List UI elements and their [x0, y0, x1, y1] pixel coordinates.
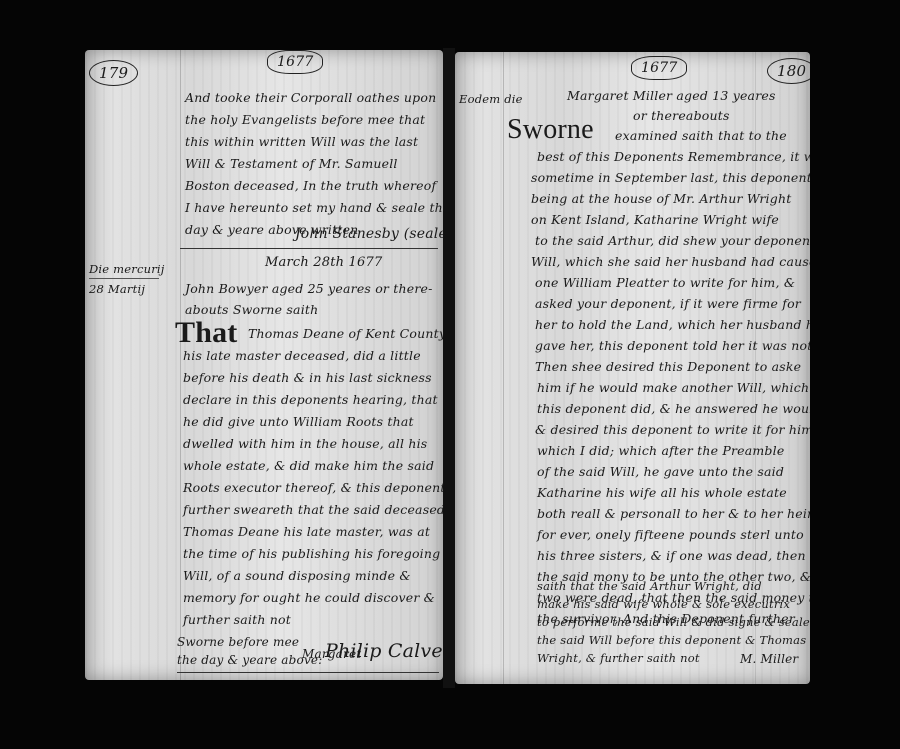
text-line: further saith not	[183, 614, 291, 627]
text-line: Will, of a sound disposing minde &	[183, 570, 411, 583]
text-line: his late master deceased, did a little	[183, 350, 421, 363]
text-line: one William Pleatter to write for him, &	[535, 277, 795, 290]
text-line: of the said Will, he gave unto the said	[537, 466, 784, 479]
text-line: his three sisters, & if one was dead, th…	[537, 550, 806, 563]
text-line: both reall & personall to her & to her h…	[537, 508, 810, 521]
text-line: & desired this deponent to write it for …	[535, 424, 810, 437]
text-line: before his death & in his last sickness	[183, 372, 432, 385]
text-line: Boston deceased, In the truth whereof	[185, 180, 436, 193]
text-line: Thomas Deane his late master, was at	[183, 526, 430, 539]
text-line: asked your deponent, if it were firme fo…	[535, 298, 801, 311]
text-line: him if he would make another Will, which	[537, 382, 809, 395]
text-line: And tooke their Corporall oathes upon	[185, 92, 436, 105]
book-gutter	[443, 48, 455, 688]
text-line: the time of his publishing his foregoing	[183, 548, 440, 561]
text-line: saith that the said Arthur Wright, did	[537, 581, 762, 593]
year-heading: 1677	[631, 56, 687, 80]
left-footer-word: Margaret	[302, 648, 361, 660]
closing-rule	[177, 672, 439, 673]
text-line: whole estate, & did make him the said	[183, 460, 434, 473]
text-line: best of this Deponents Remembrance, it w…	[537, 151, 810, 164]
deponent-line: John Bowyer aged 25 yeares or there-	[185, 283, 433, 296]
text-line: gave her, this deponent told her it was …	[535, 340, 810, 353]
margin-note: Eodem die	[459, 92, 523, 106]
folio-number: 180	[767, 58, 810, 84]
text-line: examined saith that to the	[615, 130, 787, 143]
text-line: declare in this deponents hearing, that	[183, 394, 438, 407]
text-line: further sweareth that the said deceased	[183, 504, 443, 517]
text-line: her to hold the Land, which her husband …	[535, 319, 810, 332]
text-line: Then shee desired this Deponent to aske	[535, 361, 801, 374]
text-line: Wright, & further saith not	[537, 653, 700, 665]
jurat-line: Sworne before mee	[177, 636, 299, 648]
initial-word: That	[175, 316, 238, 350]
margin-note-line: Die mercurij	[89, 262, 165, 276]
text-line: this deponent did, & he answered he woul…	[537, 403, 810, 416]
text-line: make his said wife whole & sole executri…	[537, 599, 790, 611]
margin-note-line: 28 Martij	[89, 282, 145, 296]
text-line: which I did; which after the Preamble	[537, 445, 784, 458]
year-heading: 1677	[267, 50, 323, 74]
text-line: Thomas Deane of Kent County	[248, 328, 443, 341]
text-line: sometime in September last, this deponen…	[531, 172, 810, 185]
text-line: being at the house of Mr. Arthur Wright	[531, 193, 791, 206]
margin-line	[180, 50, 181, 680]
left-page: 179 1677 And tooke their Corporall oathe…	[85, 50, 443, 680]
margin-note-rule	[89, 278, 159, 279]
text-line: dwelled with him in the house, all his	[183, 438, 427, 451]
signature-stanesby: John Stanesby (sealed)	[295, 226, 443, 242]
text-line: Will & Testament of Mr. Samuell	[185, 158, 398, 171]
text-line: Katharine his wife all his whole estate	[537, 487, 787, 500]
text-line: the holy Evangelists before mee that	[185, 114, 425, 127]
jurat-line: the day & yeare above:	[177, 654, 322, 666]
text-line: Roots executor thereof, & this deponent	[183, 482, 443, 495]
margin-line	[503, 52, 504, 684]
text-line: this within written Will was the last	[185, 136, 418, 149]
folio-number: 179	[89, 60, 138, 86]
signature-miller: M. Miller	[740, 653, 798, 665]
text-line: memory for ought he could discover &	[183, 592, 435, 605]
text-line: to the said Arthur, did shew your depone…	[535, 235, 810, 248]
text-line: the said Will before this deponent & Tho…	[537, 635, 806, 647]
date-heading: March 28th 1677	[265, 256, 382, 269]
deponent-line: or thereabouts	[633, 110, 730, 123]
section-divider	[180, 248, 438, 249]
text-line: he did give unto William Roots that	[183, 416, 414, 429]
text-line: Will, which she said her husband had cau…	[531, 256, 810, 269]
text-line: on Kent Island, Katharine Wright wife	[531, 214, 779, 227]
text-line: for ever, onely fifteene pounds sterl un…	[537, 529, 804, 542]
text-line: I have hereunto set my hand & seale the	[185, 202, 443, 215]
initial-word: Sworne	[507, 114, 594, 146]
text-line: to performe the said Will & did signe & …	[537, 617, 810, 629]
deponent-line: abouts Sworne saith	[185, 304, 318, 317]
deponent-line: Margaret Miller aged 13 yeares	[567, 90, 776, 103]
